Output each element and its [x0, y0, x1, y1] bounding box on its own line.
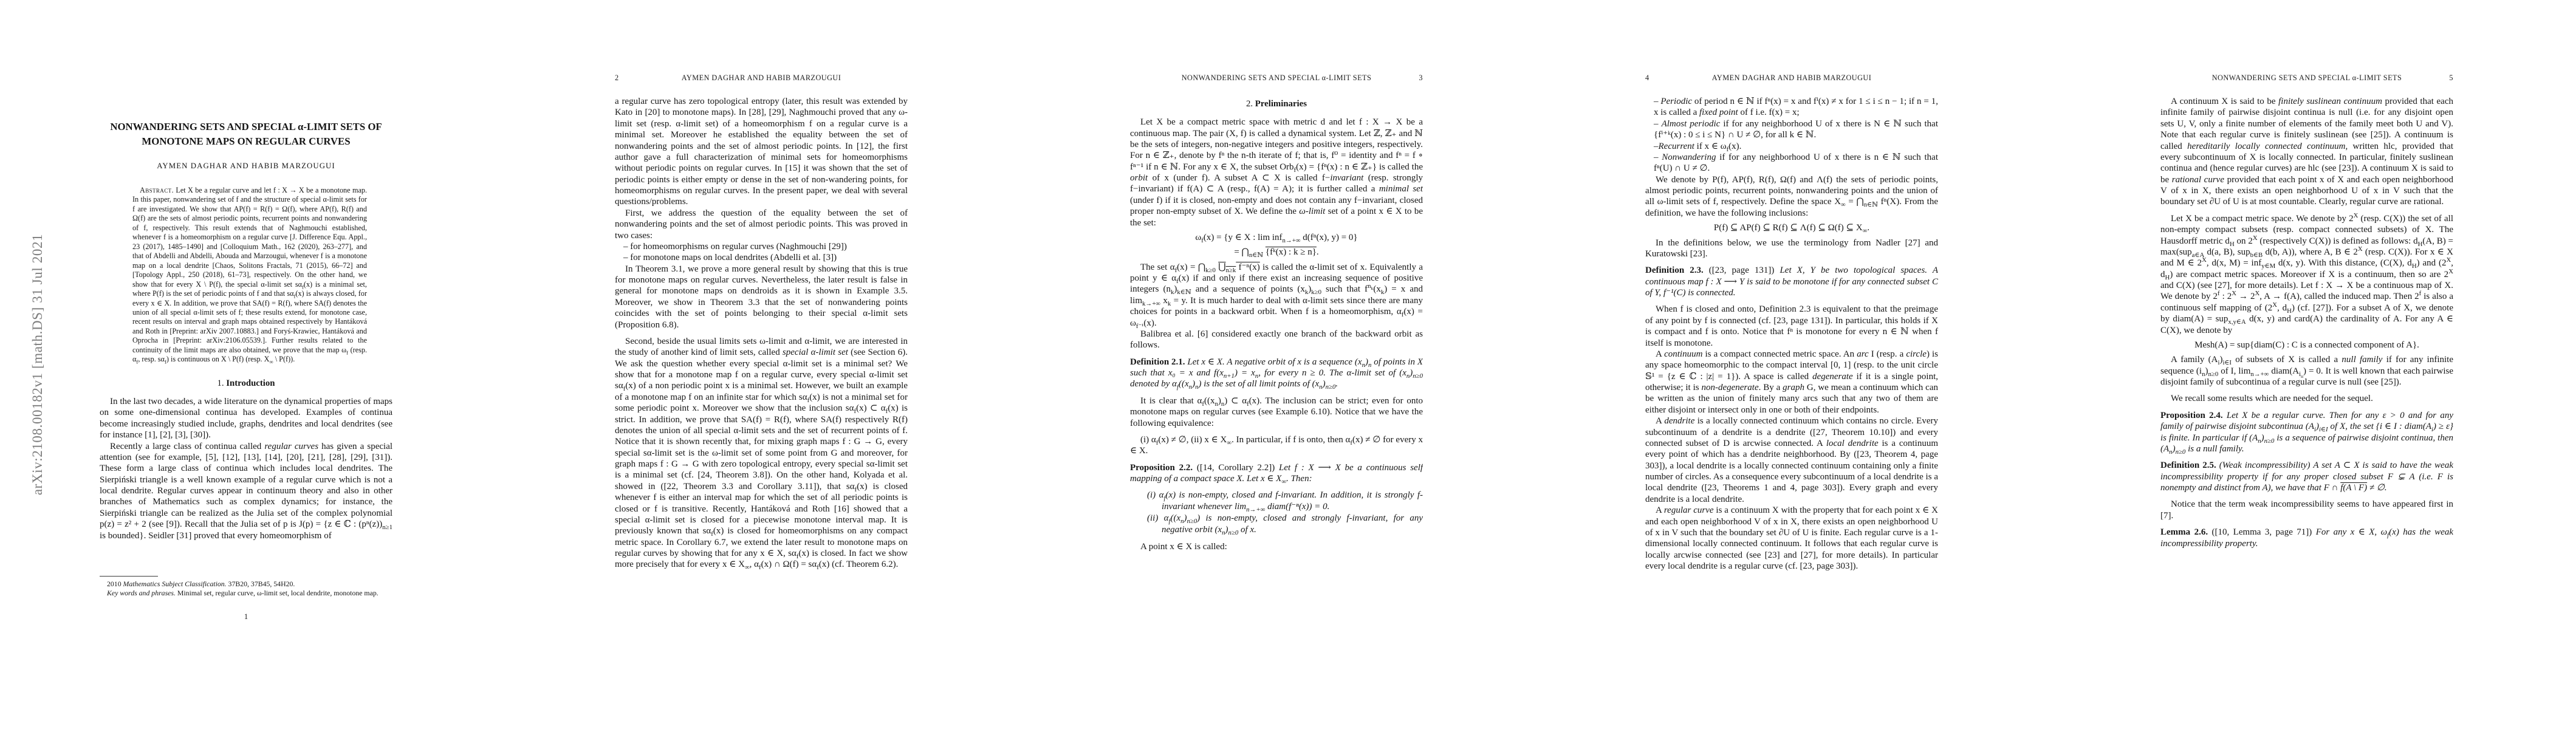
subscript: H — [2165, 274, 2170, 281]
emphasis-text: minimal set — [1379, 184, 1423, 194]
paragraph: A dendrite is a locally connected contin… — [1645, 416, 1938, 505]
paragraph: Let X be a compact metric space. We deno… — [2160, 213, 2453, 336]
subscript: k — [1171, 289, 1174, 296]
spacer — [2160, 388, 2453, 393]
emphasis-text: Periodic — [1660, 97, 1692, 106]
emphasis-text: non-degenerate — [1701, 383, 1758, 392]
definition-2-5: Definition 2.5. (Weak incompressibility)… — [2160, 460, 2453, 493]
subscript: f — [1350, 439, 1352, 447]
subscript: f — [165, 359, 166, 365]
subscript: n≥0 — [1187, 518, 1197, 525]
list-item: – for monotone maps on local dendrites (… — [615, 252, 908, 263]
page-5-content: A continuum X is said to be finitely sus… — [2160, 96, 2453, 555]
subscript: f — [1202, 400, 1204, 408]
section-heading: 1. Introduction — [100, 378, 392, 389]
list-item: (ii) αf((xn)n≥0) is non-empty, closed an… — [1130, 513, 1423, 535]
subscript: n — [2258, 437, 2261, 445]
subscript: n+1 — [1224, 372, 1235, 380]
list-item: – Almost periodic if for any neighborhoo… — [1645, 118, 1938, 141]
block-lead-label: Proposition 2.4. — [2160, 411, 2223, 420]
page-1: arXiv:2108.00182v1 [math.DS] 31 Jul 2021… — [0, 0, 515, 729]
display-equation: ωf(x) = {y ∈ X : lim infn→+∞ d(fⁿ(x), y)… — [1130, 232, 1423, 243]
document-canvas: arXiv:2108.00182v1 [math.DS] 31 Jul 2021… — [0, 0, 2576, 729]
subscript: n — [1222, 529, 1225, 536]
block-lead-label: Proposition 2.2. — [1130, 463, 1193, 473]
subscript: b∈B — [2250, 252, 2263, 259]
subscript: f — [886, 408, 888, 415]
footnote-classification: 2010 Mathematics Subject Classification.… — [100, 580, 392, 589]
subscript: f — [136, 359, 138, 365]
section-name: Preliminaries — [1255, 99, 1307, 109]
subscript: i∈I — [2222, 359, 2232, 366]
paragraph: (i) αf(x) ≠ ∅, (ii) x ∈ X∞. In particula… — [1130, 434, 1423, 457]
subscript: n≥0 — [2264, 437, 2275, 445]
paragraph: In Theorem 3.1, we prove a more general … — [615, 264, 908, 330]
subscript: n∈ℕ — [1249, 252, 1263, 259]
emphasis-text: arc — [1857, 349, 1868, 359]
subscript: i — [2431, 426, 2433, 433]
paragraph: A point x ∈ X is called: — [1130, 541, 1423, 552]
subscript: ∞ — [1281, 478, 1286, 485]
subscript: n≥0 — [1228, 529, 1239, 536]
subscript: f — [1294, 166, 1297, 174]
spacer — [615, 330, 908, 336]
subscript: n — [1319, 383, 1322, 391]
subscript: f — [1163, 495, 1165, 502]
subscript: f — [2387, 532, 2389, 539]
page-2: 2 AYMEN DAGHAR AND HABIB MARZOUGUI a reg… — [515, 0, 1030, 729]
proposition-2-2: Proposition 2.2. ([14, Corollary 2.2]) L… — [1130, 462, 1423, 485]
subscript: n→+∞ — [1283, 237, 1301, 244]
subscript: f — [1402, 311, 1404, 318]
block-lead-label: Lemma 2.6. — [2160, 527, 2208, 537]
list-item: (i) αf(x) is non-empty, closed and f-inv… — [1130, 490, 1423, 512]
display-equation: P(f) ⊆ AP(f) ⊆ R(f) ⊆ Λ(f) ⊆ Ω(f) ⊆ X∞. — [1645, 222, 1938, 233]
subscript: k — [1305, 289, 1308, 296]
subscript: n — [2169, 448, 2172, 456]
page-number: 3 — [1419, 74, 1423, 83]
paragraph: It is clear that αf((xn)n) ⊂ αf(x). The … — [1130, 395, 1423, 429]
paragraph: We recall some results which are needed … — [2160, 393, 2453, 404]
subscript: f — [817, 564, 819, 570]
superscript: X — [2253, 234, 2258, 242]
subscript: f — [796, 553, 799, 560]
spacer — [1130, 536, 1423, 541]
running-header: 4 AYMEN DAGHAR AND HABIB MARZOUGUI — [1645, 74, 1938, 83]
list-item: – Nonwandering if for any neighborhood U… — [1645, 152, 1938, 174]
paragraph: A continuum is a compact connected metri… — [1645, 349, 1938, 416]
subscript: f — [1177, 383, 1179, 391]
subscript: f — [711, 530, 713, 538]
emphasis-text: graph — [1783, 383, 1804, 392]
subscript: f — [293, 293, 295, 299]
emphasis-text: hereditarily locally connected continuum — [2187, 142, 2345, 151]
subscript: f — [346, 349, 348, 355]
paragraph: The set αf(x) = ⋂k≥0 ⋃n≥k f⁻ⁿ(x) is call… — [1130, 262, 1423, 329]
subscript: H — [2412, 262, 2417, 270]
display-equation: = ⋂n∈ℕ {fᵏ(x) : k ≥ n}. — [1130, 247, 1423, 258]
paragraph: In the definitions below, we use the ter… — [1645, 238, 1938, 260]
abstract: Abstract. Let X be a regular curve and l… — [132, 186, 367, 364]
closure-overline: ⋃n≥k f⁻ⁿ(x) — [1218, 262, 1260, 272]
citation-reference: ([23, page 131]) — [1709, 265, 1775, 275]
display-equation: Mesh(A) = sup{diam(C) : C is a connected… — [2160, 340, 2453, 351]
spacer — [2160, 208, 2453, 213]
subscript: ∞ — [1841, 201, 1846, 208]
arxiv-watermark: arXiv:2108.00182v1 [math.DS] 31 Jul 2021 — [30, 234, 46, 495]
subscript: f — [1175, 267, 1177, 274]
subscript: f — [1201, 237, 1204, 244]
emphasis-text: Nonwandering — [1662, 152, 1716, 162]
paragraph: We denote by P(f), AP(f), R(f), Ω(f) and… — [1645, 174, 1938, 219]
subscript: H — [2418, 241, 2423, 248]
subscript: n — [1221, 400, 1224, 408]
page-2-content: a regular curve has zero topological ent… — [615, 96, 908, 570]
footnote-keywords: Key words and phrases. Minimal set, regu… — [100, 589, 392, 598]
emphasis-text: regular curves — [264, 442, 318, 451]
paper-authors: AYMEN DAGHAR AND HABIB MARZOUGUI — [100, 162, 392, 171]
subscript: n — [2301, 374, 2303, 379]
subscript: n≥0 — [1413, 372, 1423, 380]
list-item: – for homeomorphisms on regular curves (… — [615, 241, 908, 252]
page-number: 1 — [100, 612, 392, 621]
paragraph: First, we address the question of the eq… — [615, 208, 908, 241]
subscript: ∞ — [269, 359, 273, 365]
subscript: H — [2230, 241, 2235, 248]
paragraph: a regular curve has zero topological ent… — [615, 96, 908, 208]
emphasis-text: continuum — [1664, 349, 1702, 359]
closure-overline: {fᵏ(x) : k ≥ n} — [1266, 247, 1317, 257]
block-lead-label: Definition 2.5. — [2160, 460, 2216, 470]
lemma-2-6: Lemma 2.6. ([10, Lemma 3, page 71]) For … — [2160, 527, 2453, 549]
subscript: k≥0 — [1311, 289, 1321, 296]
superscript: X — [2255, 290, 2259, 297]
subscript: f — [854, 408, 857, 415]
emphasis-text: orbit — [1130, 173, 1148, 183]
subscript: f — [759, 564, 761, 570]
running-title: AYMEN DAGHAR AND HABIB MARZOUGUI — [615, 74, 908, 83]
subscript: x,y∈A — [2228, 318, 2245, 326]
paragraph: Second, beside the usual limits sets ω-l… — [615, 336, 908, 570]
subscript: f — [807, 397, 810, 404]
subscript: n — [1180, 518, 1184, 525]
emphasis-text: fixed point — [1699, 108, 1738, 117]
superscript: X — [2354, 212, 2358, 219]
running-title: NONWANDERING SETS AND SPECIAL α-LIMIT SE… — [1130, 74, 1423, 83]
emphasis-text: ω-limit — [1299, 207, 1325, 216]
emphasis-text: degenerate — [1812, 372, 1853, 382]
subscript: i — [2314, 426, 2316, 433]
subscript: f — [1247, 400, 1249, 408]
definition-2-1: Definition 2.1. Let x ∈ X. A negative or… — [1130, 357, 1423, 390]
emphasis-text: special α-limit set — [783, 347, 848, 357]
superscript: X — [2448, 268, 2453, 275]
page-5: NONWANDERING SETS AND SPECIAL α-LIMIT SE… — [2061, 0, 2576, 729]
subscript: n≥1 — [382, 524, 392, 531]
emphasis-text: local dendrite — [1826, 439, 1879, 448]
subscript: n≥0 — [2208, 371, 2219, 378]
subscript: f — [1176, 278, 1179, 285]
block-lead-label: Definition 2.1. — [1130, 357, 1185, 367]
subscript: n — [2202, 371, 2205, 378]
footnote: 2010 Mathematics Subject Classification.… — [100, 576, 392, 598]
paragraph: A regular curve is a continuum X with th… — [1645, 505, 1938, 572]
subscript: f — [1168, 518, 1170, 525]
subscript: H — [2287, 307, 2292, 315]
subscript: i∈I — [2319, 426, 2328, 433]
page-3-content: 2. PreliminariesLet X be a compact metri… — [1130, 96, 1423, 552]
page-number: 4 — [1645, 74, 1649, 83]
running-header: NONWANDERING SETS AND SPECIAL α-LIMIT SE… — [1130, 74, 1423, 83]
superscript: X — [2202, 256, 2207, 264]
citation-reference: ([14, Corollary 2.2]) — [1197, 463, 1275, 473]
list-item: – Periodic of period n ∈ ℕ if fⁿ(x) = x … — [1645, 96, 1938, 118]
subscript: n∈ℕ — [1864, 201, 1878, 208]
subscript: n — [1214, 400, 1218, 408]
subscript: k — [1168, 300, 1171, 307]
subscript: ∞ — [1863, 227, 1868, 234]
proposition-2-4: Proposition 2.4. Let X be a regular curv… — [2160, 410, 2453, 455]
running-title: AYMEN DAGHAR AND HABIB MARZOUGUI — [1645, 74, 1938, 83]
page-number: 2 — [615, 74, 619, 83]
subscript: n — [1195, 383, 1198, 391]
section-heading: 2. Preliminaries — [1130, 98, 1423, 109]
page-3: NONWANDERING SETS AND SPECIAL α-LIMIT SE… — [1030, 0, 1546, 729]
emphasis-text: dendrite — [1664, 416, 1694, 426]
superscript: nk — [1368, 282, 1373, 290]
subscript: n≥0 — [2176, 448, 2186, 456]
subscript: in — [2299, 371, 2303, 378]
emphasis-text: regular curve — [1664, 505, 1714, 515]
superscript: f — [2218, 290, 2220, 297]
subscript: f — [302, 284, 304, 290]
paragraph: Recently a large class of continua calle… — [100, 441, 392, 541]
emphasis-text: invariant — [1330, 173, 1363, 183]
page-4-content: – Periodic of period n ∈ ℕ if fⁿ(x) = x … — [1645, 96, 1938, 572]
paragraph: Balibrea et al. [6] considered exactly o… — [1130, 329, 1423, 351]
superscript: X — [2446, 256, 2451, 264]
paragraph: A family (Ai)i∈I of subsets of X is call… — [2160, 354, 2453, 388]
emphasis-text: null family — [2341, 355, 2382, 364]
subscript: y∈M — [2261, 262, 2275, 270]
emphasis-text: rational curve — [2172, 175, 2224, 185]
subscript: n≥k — [1226, 267, 1236, 274]
subscript: n→+∞ — [2250, 371, 2269, 378]
running-title: NONWANDERING SETS AND SPECIAL α-LIMIT SE… — [2160, 74, 2453, 83]
paragraph: When f is closed and onto, Definition 2.… — [1645, 304, 1938, 349]
emphasis-text: circle — [1906, 349, 1927, 359]
subscript: k∈ℕ — [1177, 289, 1191, 296]
running-header: NONWANDERING SETS AND SPECIAL α-LIMIT SE… — [2160, 74, 2453, 83]
subscript: k — [1381, 289, 1384, 296]
spacer — [1130, 429, 1423, 434]
superscript: X — [2232, 290, 2236, 297]
paragraph: In the last two decades, a wide literatu… — [100, 396, 392, 441]
section-name: Introduction — [226, 378, 275, 388]
subscript: n — [1368, 361, 1371, 369]
paragraph: A continuum X is said to be finitely sus… — [2160, 96, 2453, 208]
running-header: 2 AYMEN DAGHAR AND HABIB MARZOUGUI — [615, 74, 908, 83]
subscript: f — [855, 486, 857, 493]
block-lead-label: Abstract. — [140, 186, 174, 194]
emphasis-text: finitely suslinean continuum — [2278, 97, 2382, 106]
subscript: n≥0 — [1326, 383, 1336, 391]
superscript: X — [2358, 245, 2363, 253]
page-1-content: NONWANDERING SETS AND SPECIAL α-LIMIT SE… — [100, 120, 392, 574]
page-4: 4 AYMEN DAGHAR AND HABIB MARZOUGUI – Per… — [1546, 0, 2061, 729]
page-number: 5 — [2449, 74, 2453, 83]
definition-2-3: Definition 2.3. ([23, page 131]) Let X, … — [1645, 265, 1938, 298]
paper-title: NONWANDERING SETS AND SPECIAL α-LIMIT SE… — [100, 120, 392, 148]
subscript: k→+∞ — [1142, 300, 1160, 307]
subscript: ∞ — [1227, 439, 1231, 447]
subscript: ∞ — [745, 564, 750, 570]
subscript: f — [623, 385, 626, 392]
paragraph: Let X be a compact metric space with met… — [1130, 117, 1423, 228]
emphasis-text: Almost periodic — [1662, 119, 1721, 129]
block-lead-label: Definition 2.3. — [1645, 265, 1704, 275]
subscript: n — [1255, 372, 1258, 380]
subscript: k≥0 — [1205, 267, 1216, 274]
emphasis-text: Recurrent — [1659, 142, 1694, 151]
list-item: –Recurrent if x ∈ ωf(x). — [1645, 141, 1938, 152]
subscript: n — [1189, 383, 1192, 391]
subscript: n→+∞ — [1246, 506, 1265, 513]
subscript: n — [1362, 361, 1365, 369]
subscript: i — [2218, 359, 2219, 366]
subscript: n — [1406, 372, 1410, 380]
superscript: f — [2419, 290, 2422, 297]
paragraph: Notice that the term weak incompressibil… — [2160, 499, 2453, 521]
closure-overline: f(A \ F) — [2340, 483, 2367, 493]
superscript: X — [2272, 301, 2277, 309]
footnote-rule — [100, 576, 158, 577]
citation-reference: ([10, Lemma 3, page 71]) — [2212, 527, 2312, 537]
subscript: k — [1371, 286, 1373, 292]
subscript: f — [1156, 439, 1159, 447]
